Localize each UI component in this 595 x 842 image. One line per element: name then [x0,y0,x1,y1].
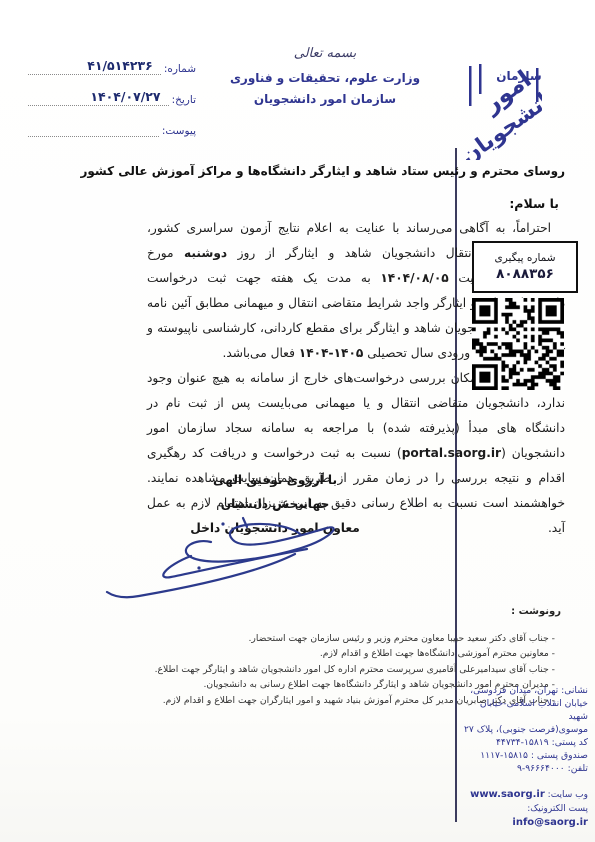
letterhead-center: بسمه تعالی وزارت علوم، تحقیقات و فناوری … [190,46,460,106]
recipient-line: روسای محترم و رئیس ستاد شاهد و ایثارگر د… [145,164,565,178]
cc-item: - معاونین محترم آموزشی دانشگاه‌ها جهت اط… [145,646,555,661]
qr-code [472,298,564,390]
bismillah-text: بسمه تعالی [190,46,460,61]
footer-address: نشانی: تهران، میدان فردوسی، خیابان انقلا… [462,684,588,775]
tracking-number: ۸۰۸۸۳۵۶ [496,266,554,282]
po-box-line: صندوق پستی : ۱۵۸۱۵-۱۱۱۷ [462,749,588,762]
website-line: وب سایت: www.saorg.ir [462,788,588,802]
website-url: www.saorg.ir [470,789,545,800]
email-line: پست الکترونیک: info@saorg.ir [462,802,588,830]
p1-text-b: مورخ [147,246,184,260]
postal-code-line: کد پستی: ۱۵۸۱۹-۴۴۷۳۴ [462,736,588,749]
portal-url-text: portal.saorg.ir [402,446,501,460]
email-address: info@saorg.ir [512,817,588,828]
cc-item: - جناب آقای سیدامیرعلی آقامیری سرپرست مح… [145,662,555,677]
salutation: با سلام: [509,196,559,211]
letter-page: شماره: ۴۱/۵۱۴۲۳۶ تاریخ: ۱۴۰۴/۰۷/۲۷ پیوست… [0,0,595,842]
number-dotted-line: ۴۱/۵۱۴۲۳۶ [28,60,161,75]
letterhead-meta: شماره: ۴۱/۵۱۴۲۳۶ تاریخ: ۱۴۰۴/۰۷/۲۷ پیوست… [28,60,196,153]
letter-number-row: شماره: ۴۱/۵۱۴۲۳۶ [28,60,196,75]
address-line: موسوی(فرصت جنوبی)، پلاک ۲۷ [462,723,588,736]
p1-text-e: فعال می‌باشد. [222,346,298,360]
attachment-label: پیوست: [159,125,196,137]
attachment-dotted-line [28,122,159,137]
saorg-logo-icon: سازمان امور دانشجویان [463,56,545,164]
address-line: نشانی: تهران، میدان فردوسی، [462,684,588,697]
handwritten-signature [95,512,345,610]
tracking-number-box: شماره پیگیری ۸۰۸۸۳۵۶ [472,241,578,293]
email-label: پست الکترونیک: [527,804,588,814]
signature-wish: با آرزوی توفیق الهی [125,468,425,492]
p1-bold-day: دوشنبه [184,246,227,260]
letter-date-row: تاریخ: ۱۴۰۴/۰۷/۲۷ [28,91,196,106]
cc-label: رونوشت : [145,606,565,617]
address-line: خیابان انقلاب اسلامی-خیابان شهید [462,697,588,723]
p1-bold-academic-year: ۱۴۰۵-۱۴۰۴ [299,346,364,360]
letter-date-value: ۱۴۰۴/۰۷/۲۷ [90,89,160,104]
footer-web-contact: وب سایت: www.saorg.ir پست الکترونیک: inf… [462,788,588,830]
date-dotted-line: ۱۴۰۴/۰۷/۲۷ [28,91,169,106]
letter-number-value: ۴۱/۵۱۴۲۳۶ [87,58,153,73]
p1-bold-end-date: ۱۴۰۴/۰۸/۰۵ [380,271,448,285]
website-label: وب سایت: [548,790,588,800]
tracking-label: شماره پیگیری [494,252,555,264]
phone-line: تلفن: ۹۶۶۶۴۰۰۰-۹ [462,762,588,775]
ministry-name: وزارت علوم، تحقیقات و فناوری [190,71,460,85]
organization-name: سازمان امور دانشجویان [190,92,460,106]
cc-item: - جناب آقای دکتر سعید حبیبا معاون محترم … [145,631,555,646]
attachment-row: پیوست: [28,122,196,137]
